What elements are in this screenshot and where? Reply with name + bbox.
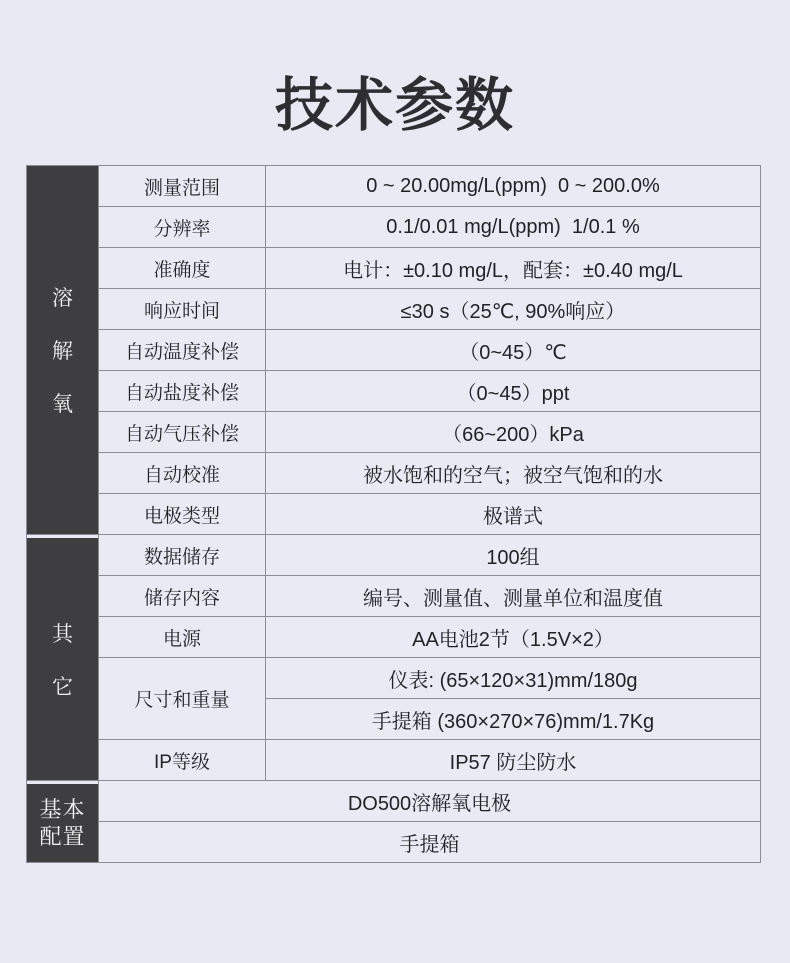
value-cell-electrode-type: 极谱式 bbox=[266, 494, 760, 534]
section-label-basic-config: 基本 配置 bbox=[27, 781, 98, 862]
section-label-line: 配置 bbox=[39, 823, 85, 850]
section-label-char: 解 bbox=[52, 335, 73, 365]
section-label-char: 它 bbox=[52, 671, 73, 701]
value-cell-temp-compensation: （0~45）℃ bbox=[266, 330, 760, 370]
value-cell-data-storage: 100组 bbox=[266, 535, 760, 575]
param-cell-ip-rating: IP等级 bbox=[99, 740, 265, 780]
page: 技术参数 溶 解 氧 其 它 基本 配置 测量范围 0 ~ 20.00mg/L(… bbox=[0, 0, 790, 963]
value-cell-power: AA电池2节（1.5V×2） bbox=[266, 617, 760, 657]
value-cell-basic-config-case: 手提箱 bbox=[99, 822, 760, 862]
param-cell-auto-calibration: 自动校准 bbox=[99, 453, 265, 493]
value-cell-size-weight-instrument: 仪表: (65×120×31)mm/180g bbox=[266, 658, 760, 698]
section-label-dissolved-oxygen: 溶 解 氧 bbox=[27, 166, 98, 534]
param-cell-response-time: 响应时间 bbox=[99, 289, 265, 329]
param-cell-pressure-compensation: 自动气压补偿 bbox=[99, 412, 265, 452]
value-cell-accuracy: 电计：±0.10 mg/L，配套：±0.40 mg/L bbox=[266, 248, 760, 288]
param-cell-measure-range: 测量范围 bbox=[99, 166, 265, 206]
param-cell-accuracy: 准确度 bbox=[99, 248, 265, 288]
value-cell-resolution: 0.1/0.01 mg/L(ppm) 1/0.1 % bbox=[266, 207, 760, 247]
param-cell-resolution: 分辨率 bbox=[99, 207, 265, 247]
value-cell-response-time: ≤30 s（25℃, 90%响应） bbox=[266, 289, 760, 329]
page-title: 技术参数 bbox=[0, 58, 790, 142]
value-cell-size-weight-case: 手提箱 (360×270×76)mm/1.7Kg bbox=[266, 699, 760, 739]
spec-table: 溶 解 氧 其 它 基本 配置 测量范围 0 ~ 20.00mg/L(ppm) … bbox=[26, 165, 761, 863]
value-cell-pressure-compensation: （66~200）kPa bbox=[266, 412, 760, 452]
value-cell-measure-range: 0 ~ 20.00mg/L(ppm) 0 ~ 200.0% bbox=[266, 166, 760, 206]
value-cell-auto-calibration: 被水饱和的空气；被空气饱和的水 bbox=[266, 453, 760, 493]
param-cell-salinity-compensation: 自动盐度补偿 bbox=[99, 371, 265, 411]
value-cell-storage-content: 编号、测量值、测量单位和温度值 bbox=[266, 576, 760, 616]
param-cell-electrode-type: 电极类型 bbox=[99, 494, 265, 534]
section-label-char: 其 bbox=[52, 618, 73, 648]
section-label-line: 基本 bbox=[39, 796, 85, 823]
param-cell-data-storage: 数据储存 bbox=[99, 535, 265, 575]
param-cell-power: 电源 bbox=[99, 617, 265, 657]
value-cell-ip-rating: IP57 防尘防水 bbox=[266, 740, 760, 780]
param-cell-size-weight: 尺寸和重量 bbox=[99, 658, 265, 739]
section-label-char: 溶 bbox=[52, 282, 73, 312]
param-cell-storage-content: 储存内容 bbox=[99, 576, 265, 616]
section-label-others: 其 它 bbox=[27, 535, 98, 780]
section-label-char: 氧 bbox=[52, 388, 73, 418]
value-cell-basic-config-electrode: DO500溶解氧电极 bbox=[99, 781, 760, 821]
param-cell-temp-compensation: 自动温度补偿 bbox=[99, 330, 265, 370]
value-cell-salinity-compensation: （0~45）ppt bbox=[266, 371, 760, 411]
